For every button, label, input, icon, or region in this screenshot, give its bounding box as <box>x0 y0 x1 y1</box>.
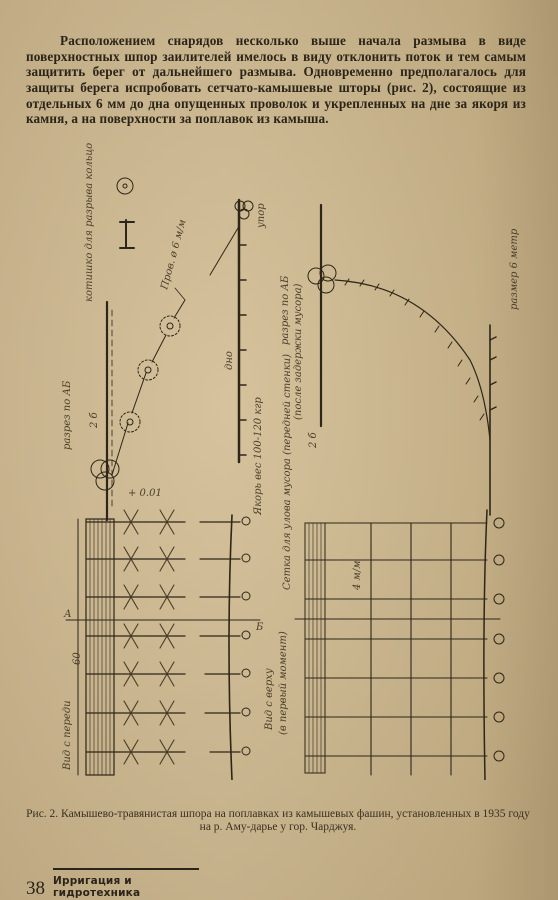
annotation-dim-a: 2 б <box>89 411 100 429</box>
annotation-float: упор <box>256 203 267 229</box>
annotation-net: Сетка для улова мусора (передней стенки) <box>282 354 293 590</box>
journal-title: Ирригация и гидротехника <box>53 868 199 899</box>
annotation-wire: Пров. ø 6 м/м <box>159 218 189 291</box>
annotation-front-view: Вид с верху <box>264 668 275 731</box>
annotation-dim-001: + 0.01 <box>128 488 162 499</box>
figure-2-drawing: котишко для разрыва кольцо разрез по АБ … <box>0 135 558 780</box>
annotation-anchor: котишко для разрыва кольцо <box>84 143 95 302</box>
page-number: 38 <box>26 879 45 899</box>
annotation-dim-b: 2 б <box>308 431 319 449</box>
annotation-anchor-weight: Якорь вес 100-120 кгр <box>253 397 264 516</box>
annotation-section-ab-middle: разрез по АБ <box>280 275 291 345</box>
annotation-section-ab-left: разрез по АБ <box>62 380 73 450</box>
annotation-front-view-note: (в первый момент) <box>278 631 289 735</box>
annotation-section-note: (после задержки мусора) <box>293 283 304 420</box>
figure-caption: Рис. 2. Камышево-травянистая шпора на по… <box>22 808 534 834</box>
marker-a: А <box>63 609 72 620</box>
annotation-size: размер 6 метр <box>509 228 520 310</box>
annotation-front-view-left: Вид с переди <box>62 700 73 771</box>
page-footer: 38 Ирригация и гидротехника <box>26 868 199 899</box>
annotation-cell-size: 4 м/м <box>352 561 363 592</box>
annotation-dim-60: 60 <box>72 652 83 665</box>
marker-b: Б <box>255 622 264 633</box>
body-paragraph: Расположением снарядов несколько выше на… <box>26 33 526 127</box>
annotation-bottom: дно <box>224 351 235 370</box>
